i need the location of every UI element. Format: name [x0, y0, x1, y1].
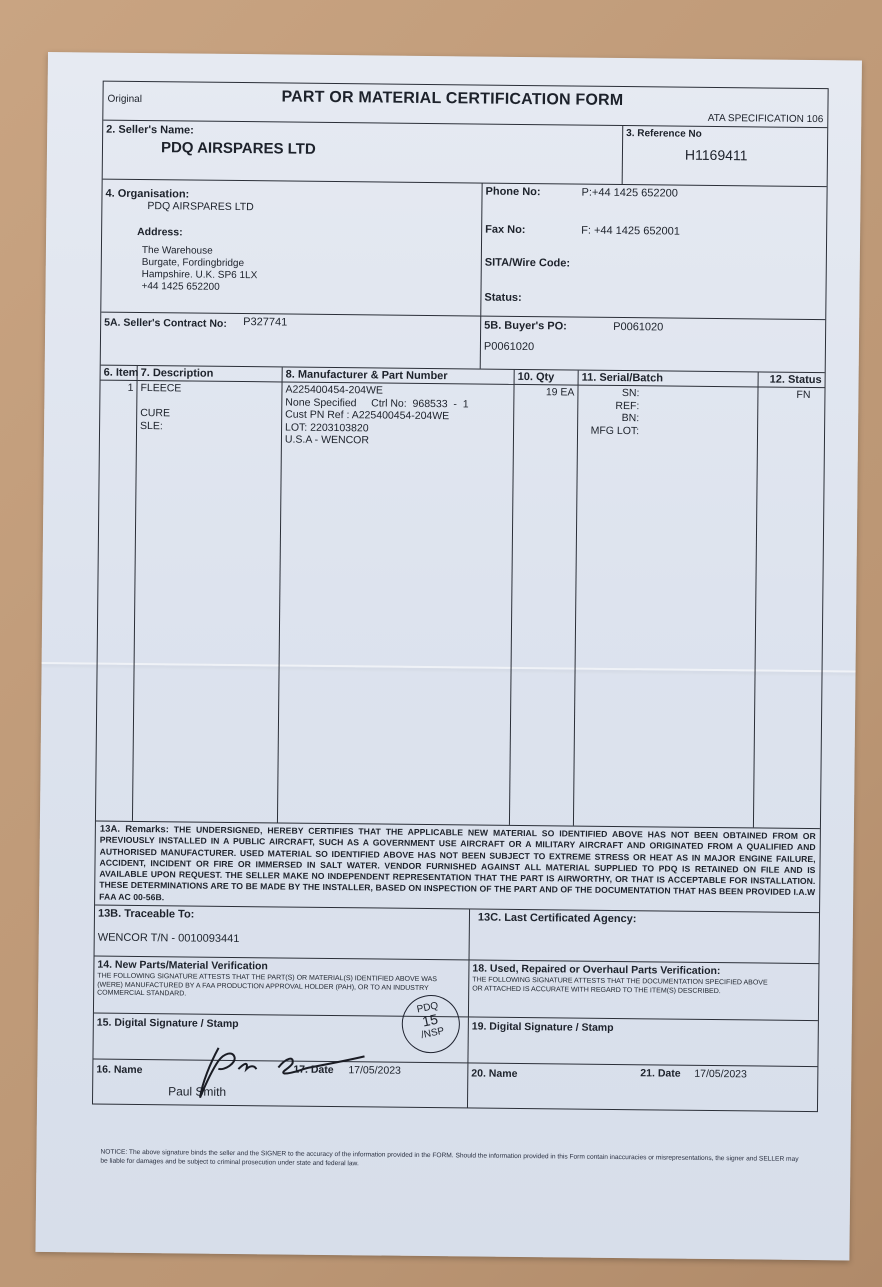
cell-qty: 19 EA [510, 385, 579, 826]
items-table: 6. Item 7. Description 8. Manufacturer &… [96, 366, 825, 829]
signature-right-label: 19. Digital Signature / Stamp [472, 1021, 614, 1034]
cell-part-number: A225400454-204WE None Specified Ctrl No:… [278, 382, 515, 824]
signer-name: Paul Smith [168, 1084, 226, 1099]
contract-value: P327741 [243, 316, 287, 328]
used-parts-verification: 18. Used, Repaired or Overhaul Parts Ver… [469, 961, 819, 1021]
certification-form: Original PART OR MATERIAL CERTIFICATION … [92, 81, 829, 1113]
reference-label: 3. Reference No [626, 128, 702, 140]
status-label: Status: [484, 292, 580, 305]
remarks-label: 13A. Remarks: [100, 824, 169, 836]
traceable-field: 13B. Traceable To: WENCOR T/N - 00100934… [95, 906, 471, 960]
date-right-label: 21. Date [640, 1067, 680, 1079]
serial-mfg-lot-label: MFG LOT: [581, 424, 639, 437]
buyer-po-field: 5B. Buyer's PO: P0061020 P0061020 [481, 317, 826, 373]
reference-field: 3. Reference No H1169411 [623, 126, 828, 186]
address-block: The Warehouse Burgate, Fordingbridge Ham… [141, 245, 257, 294]
copy-label: Original [107, 94, 142, 105]
address-label: Address: [137, 226, 183, 238]
used-parts-label: 18. Used, Repaired or Overhaul Parts Ver… [472, 963, 720, 978]
organisation-label: 4. Organisation: [105, 188, 189, 201]
form-title: PART OR MATERIAL CERTIFICATION FORM [281, 88, 623, 110]
seller-row: 2. Seller's Name: PDQ AIRSPARES LTD 3. R… [103, 121, 828, 188]
certification-form-paper: Original PART OR MATERIAL CERTIFICATION … [35, 52, 862, 1260]
name-right-label: 20. Name [471, 1068, 517, 1080]
phone-label: Phone No: [485, 186, 581, 199]
remarks-text: THE UNDERSIGNED, HEREBY CERTIFIES THAT T… [99, 824, 816, 902]
status-row: Status: [484, 292, 580, 305]
organisation-row: 4. Organisation: PDQ AIRSPARES LTD Addre… [101, 180, 826, 321]
contract-row: 5A. Seller's Contract No: P327741 5B. Bu… [101, 313, 826, 374]
serial-ref-label: REF: [581, 399, 639, 412]
used-parts-text: THE FOLLOWING SIGNATURE ATTESTS THAT THE… [472, 977, 772, 997]
remarks-row: 13A. Remarks: THE UNDERSIGNED, HEREBY CE… [95, 822, 820, 914]
buyer-po-label: 5B. Buyer's PO: [484, 320, 567, 333]
contact-field: Phone No:P:+44 1425 652200 Fax No:F: +44… [481, 184, 826, 320]
serial-bn-label: BN: [581, 412, 639, 425]
reference-value: H1169411 [685, 147, 748, 164]
col-header-item: 6. Item [101, 366, 138, 381]
phone-value: P:+44 1425 652200 [581, 187, 677, 200]
name-left-label: 16. Name [96, 1064, 142, 1076]
items-table-row: 6. Item 7. Description 8. Manufacturer &… [96, 366, 825, 830]
cell-item: 1 [96, 381, 138, 821]
contract-label: 5A. Seller's Contract No: [104, 317, 227, 330]
col-header-qty: 10. Qty [515, 370, 579, 386]
serial-sn-label: SN: [581, 387, 639, 400]
description-line: CURE [140, 407, 278, 421]
date-left-label: 17. Date [293, 1064, 333, 1076]
contract-field: 5A. Seller's Contract No: P327741 [101, 313, 482, 369]
seller-name-value: PDQ AIRSPARES LTD [161, 139, 316, 158]
seller-name-label: 2. Seller's Name: [106, 124, 194, 137]
traceable-row: 13B. Traceable To: WENCOR T/N - 00100934… [95, 906, 819, 965]
cell-status: FN [754, 387, 825, 828]
col-header-description: 7. Description [138, 366, 283, 383]
last-agency-label: 13C. Last Certificated Agency: [478, 912, 637, 926]
organisation-field: 4. Organisation: PDQ AIRSPARES LTD Addre… [101, 180, 482, 316]
signature-left-label: 15. Digital Signature / Stamp [97, 1017, 239, 1030]
organisation-name: PDQ AIRSPARES LTD [147, 200, 254, 213]
sita-row: SITA/Wire Code: [485, 257, 581, 270]
fax-row: Fax No:F: +44 1425 652001 [485, 224, 680, 238]
traceable-label: 13B. Traceable To: [98, 908, 195, 921]
fax-label: Fax No: [485, 224, 581, 237]
description-line: SLE: [140, 419, 278, 433]
traceable-value: WENCOR T/N - 0010093441 [98, 932, 240, 945]
serial-labels: SN: REF: BN: MFG LOT: [581, 387, 755, 439]
col-header-status: 12. Status [759, 372, 825, 388]
date-right-value: 17/05/2023 [694, 1068, 747, 1081]
address-line: +44 1425 652200 [141, 281, 257, 294]
phone-row: Phone No:P:+44 1425 652200 [485, 186, 677, 200]
buyer-po-value-line2: P0061020 [484, 341, 534, 354]
name-date-left: 16. Name 17. Date 17/05/2023 Paul Smith [93, 1060, 468, 1108]
signature-field-right: 19. Digital Signature / Stamp [468, 1018, 817, 1067]
remarks-field: 13A. Remarks: THE UNDERSIGNED, HEREBY CE… [95, 822, 820, 913]
date-left-value: 17/05/2023 [348, 1064, 401, 1077]
cell-serial: SN: REF: BN: MFG LOT: [574, 386, 759, 828]
spec-label: ATA SPECIFICATION 106 [708, 113, 824, 125]
new-parts-label: 14. New Parts/Material Verification [97, 959, 268, 973]
fax-value: F: +44 1425 652001 [581, 225, 680, 238]
sita-label: SITA/Wire Code: [485, 257, 581, 270]
cell-description: FLEECE CURE SLE: [133, 381, 283, 822]
seller-name-field: 2. Seller's Name: PDQ AIRSPARES LTD [103, 121, 624, 184]
part-line: U.S.A - WENCOR [285, 434, 510, 449]
name-date-right: 20. Name 21. Date 17/05/2023 [468, 1064, 817, 1112]
buyer-po-value: P0061020 [613, 321, 663, 334]
new-parts-text: THE FOLLOWING SIGNATURE ATTESTS THAT THE… [97, 973, 457, 1002]
name-date-row: 16. Name 17. Date 17/05/2023 Paul Smith … [93, 1060, 817, 1112]
last-agency-field: 13C. Last Certificated Agency: [470, 910, 820, 964]
description-line: FLEECE [140, 382, 278, 396]
legal-notice: NOTICE: The above signature binds the se… [100, 1149, 800, 1173]
